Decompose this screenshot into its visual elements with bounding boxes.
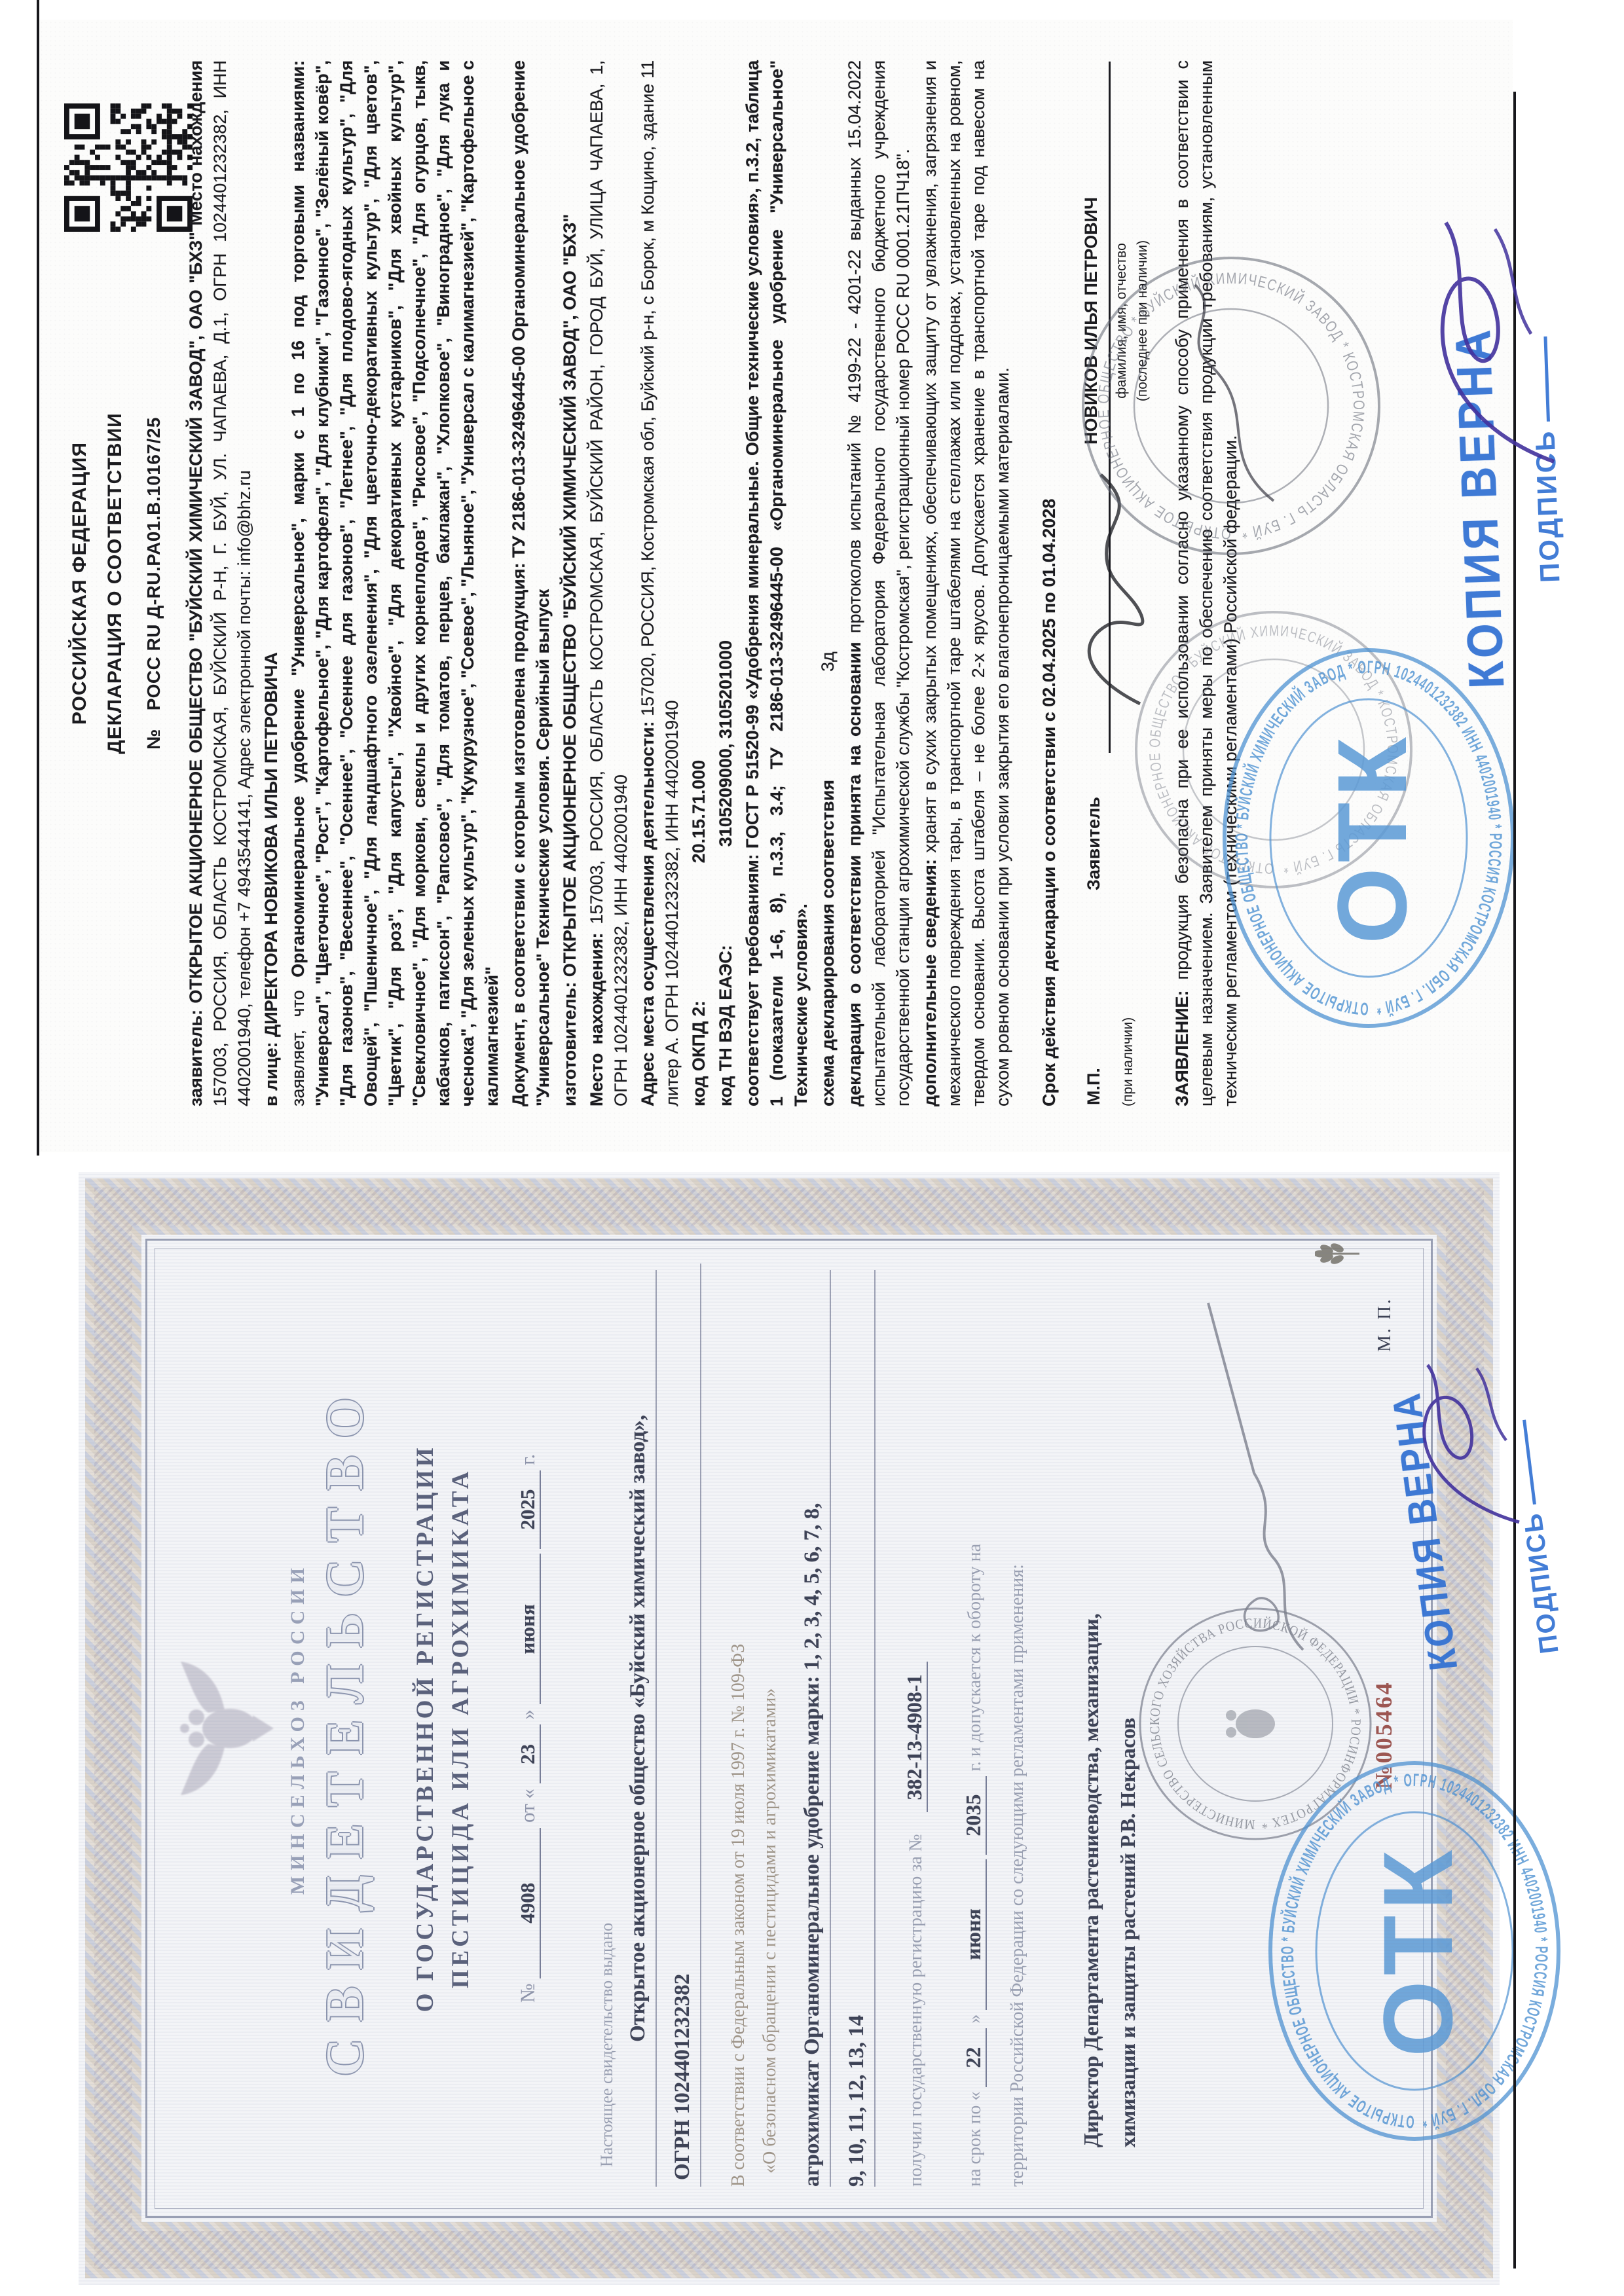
declaration-paragraph: изготовитель: ОТКРЫТОЕ АКЦИОНЕРНОЕ ОБЩЕС…	[558, 60, 582, 1106]
declaration-paragraph: код ТН ВЭД ЕАЭС: 3105209000, 3105201000	[714, 60, 738, 1106]
paragraph-segment: 20.15.71.000	[689, 760, 709, 864]
declaration-document: РОССИЙСКАЯ ФЕДЕРАЦИЯ ДЕКЛАРАЦИЯ О СООТВЕ…	[39, 20, 1513, 1152]
declaration-paragraph: в лице: ДИРЕКТОРА НОВИКОВА ИЛЬИ ПЕТРОВИЧ…	[259, 60, 284, 1106]
declaration-paragraph: заявитель: ОТКРЫТОЕ АКЦИОНЕРНОЕ ОБЩЕСТВО…	[184, 60, 257, 1106]
quote-open: «	[965, 2092, 985, 2101]
paragraph-segment: заявитель:	[186, 1004, 206, 1106]
certifier-signature	[1423, 219, 1580, 481]
declaration-number-value: РОСС RU Д-RU.РА01.В.10167/25	[143, 417, 164, 710]
statement-label: ЗАЯВЛЕНИЕ:	[1172, 990, 1192, 1106]
applicant-name: НОВИКОВ ИЛЬЯ ПЕТРОВИЧ	[1081, 72, 1101, 570]
holder-ogrn: ОГРН 1024401232382	[671, 1264, 701, 2187]
wheat-ornament-icon	[1315, 1236, 1361, 1271]
name-caption-2: (последнее при наличии)	[1135, 72, 1151, 570]
quote-close: »	[516, 1709, 539, 1720]
paragraph-segment: Документ, в соответствии с которым изгот…	[509, 558, 528, 1106]
registration-number: 382-13-4908-1	[902, 1662, 928, 1812]
paragraph-segment: ДИРЕКТОРА НОВИКОВА ИЛЬИ ПЕТРОВИЧА	[261, 652, 281, 1037]
holder-name: Открытое акционерное общество «Буйский х…	[626, 1270, 657, 2187]
agrochemical-line-1: агрохимикат Органоминеральное удобрение …	[800, 1270, 831, 2187]
otk-stamp: ОТКРЫТОЕ АКЦИОНЕРНОЕ ОБЩЕСТВО * БУЙСКИЙ …	[1215, 642, 1522, 1034]
quote-open: «	[516, 1789, 539, 1799]
paragraph-segment: Срок действия декларации о соответствии …	[1039, 499, 1059, 1106]
paragraph-segment: схема декларирования соответствия	[818, 780, 838, 1106]
declaration-paragraph: декларация о соответствии принята на осн…	[843, 60, 915, 1106]
paragraph-segment: Адрес места осуществления деятельности:	[638, 716, 657, 1106]
applicant-role-label: Заявитель	[1084, 797, 1104, 890]
declaration-paragraph: дополнительные сведения: хранят в сухих …	[918, 60, 1015, 1106]
certificate-serial-number: №005464	[1370, 1604, 1397, 1866]
signature-rule	[1109, 62, 1111, 753]
certificate-number-line: № 4908 от « 23 » июня 2025 г.	[516, 1270, 541, 2187]
paragraph-segment: декларация о соответствии принята на осн…	[845, 633, 864, 1106]
declaration-number-label: №	[143, 729, 164, 750]
paragraph-segment: ОТКРЫТОЕ АКЦИОНЕРНОЕ ОБЩЕСТВО "БУЙСКИЙ Х…	[560, 214, 580, 977]
term-line: на срок по « 22 » июня 2035 г. и допуска…	[961, 1270, 987, 2187]
paragraph-segment: соответствует требованиям:	[743, 848, 762, 1106]
stamp-place-label: М.П.	[1084, 1068, 1104, 1105]
paragraph-segment: 157003, РОССИЯ, ОБЛАСТЬ КОСТРОМСКАЯ, БУЙ…	[210, 60, 254, 1106]
declaration-paragraph: код ОКПД 2: 20.15.71.000	[687, 60, 711, 1106]
stamp-place-note: (при наличии)	[1120, 1017, 1136, 1106]
seal-place-label: М. П.	[1374, 1221, 1395, 1352]
paragraph-segment	[689, 863, 709, 1000]
paragraph-segment: изготовитель:	[560, 977, 580, 1106]
number-label: №	[516, 1984, 539, 2003]
territory-line: территории Российской Федерации со следу…	[1007, 1270, 1028, 2187]
term-day: 22	[961, 2028, 987, 2087]
term-label: на срок по	[965, 2105, 985, 2187]
certificate-number: 4908	[516, 1828, 541, 1978]
date-from-label: от	[516, 1804, 539, 1823]
term-year: 2035	[961, 1776, 987, 1855]
scanned-copy-page: РОССИЙСКАЯ ФЕДЕРАЦИЯ ДЕКЛАРАЦИЯ О СООТВЕ…	[0, 0, 1624, 2296]
law-reference-line-2: «О безопасном обращении с пестицидами и …	[760, 1257, 781, 2187]
declaration-paragraph: Адрес места осуществления деятельности: …	[636, 60, 684, 1106]
certificate-subtitle-1: О ГОСУДАРСТВЕННОЙ РЕГИСТРАЦИИ	[411, 1270, 439, 2187]
paragraph-segment	[818, 672, 838, 780]
declaration-statement: ЗАЯВЛЕНИЕ: продукция безопасна при ее ис…	[1170, 60, 1243, 1106]
paragraph-segment: дополнительные сведения:	[920, 853, 940, 1106]
declaration-paragraph: заявляет, что Органоминеральное удобрени…	[286, 60, 504, 1106]
director-line-1: Директор Департамента растениеводства, м…	[1079, 1231, 1103, 2147]
paragraph-segment: код ТН ВЭД ЕАЭС:	[716, 945, 735, 1106]
declaration-paragraph: Документ, в соответствии с которым изгот…	[507, 60, 555, 1106]
declaration-number: №РОСС RU Д-RU.РА01.В.10167/25	[143, 60, 164, 1106]
scan-edge-line-left	[37, 0, 39, 1156]
declaration-paragraph: схема декларирования соответствия 3д	[816, 60, 840, 1106]
declaration-paragraph: Срок действия декларации о соответствии …	[1037, 60, 1061, 1106]
paragraph-segment: заявляет, что	[288, 977, 308, 1106]
certificate-year: 2025	[516, 1470, 541, 1549]
term-suffix: г. и допускается к обороту на	[965, 1544, 985, 1772]
registration-line: получил государственную регистрацию за №…	[902, 1270, 928, 2187]
copy-stamp-declaration: КОПИЯ ВЕРНА ПОДПИСЬ	[1431, 226, 1585, 697]
declaration-paragraph: соответствует требованиям: ГОСТ Р 51520-…	[741, 60, 813, 1106]
svg-text:ОТК: ОТК	[1317, 732, 1427, 944]
term-month: июня	[961, 1859, 987, 2010]
certificate-day: 23	[516, 1724, 541, 1783]
paragraph-segment: Место нахождения:	[587, 924, 606, 1106]
issued-label: Настоящее свидетельство выдано	[597, 1250, 617, 2167]
declaration-paragraph: Место нахождения: 157003, РОССИЯ, ОБЛАСТ…	[585, 60, 633, 1106]
ministry-label: МИНСЕЛЬХОЗ РОССИИ	[287, 1270, 309, 2187]
paragraph-segment: Место нахождения	[186, 60, 206, 226]
director-signature	[1185, 1290, 1362, 1669]
paragraph-segment: ОТКРЫТОЕ АКЦИОНЕРНОЕ ОБЩЕСТВО "БУЙСКИЙ Х…	[186, 226, 206, 1004]
agrochemical-line-2: 9, 10, 11, 12, 13, 14	[845, 1270, 876, 2187]
declaration-country: РОССИЙСКАЯ ФЕДЕРАЦИЯ	[69, 60, 91, 1106]
quote-close: »	[965, 2014, 985, 2024]
declaration-body: заявитель: ОТКРЫТОЕ АКЦИОНЕРНОЕ ОБЩЕСТВО…	[184, 60, 1061, 1106]
paragraph-segment: в лице:	[261, 1037, 281, 1106]
name-caption: фамилия, имя, отчество	[1114, 72, 1130, 570]
svg-text:ОТКРЫТОЕ АКЦИОНЕРНОЕ ОБЩЕСТВО: ОТКРЫТОЕ АКЦИОНЕРНОЕ ОБЩЕСТВО * БУЙСКИЙ …	[1232, 657, 1505, 1019]
paragraph-segment: код ОКПД 2:	[689, 1000, 709, 1106]
statement-text: продукция безопасна при ее использовании…	[1172, 60, 1240, 1106]
certifier-signature	[1408, 1362, 1552, 1532]
declaration-signer-block: М.П. (при наличии) Заявитель НОВИКОВ ИЛЬ…	[1081, 60, 1165, 1106]
law-reference-line-1: В соответствии с Федеральным законом от …	[728, 1270, 749, 2187]
registration-certificate: МИНСЕЛЬХОЗ РОССИИ СВИДЕТЕЛЬСТВО О ГОСУДА…	[79, 1172, 1500, 2285]
certificate-title: СВИДЕТЕЛЬСТВО	[316, 1270, 375, 2187]
certificate-subtitle-2: ПЕСТИЦИДА ИЛИ АГРОХИМИКАТА	[447, 1270, 475, 2187]
paragraph-segment: 3105209000, 3105201000	[716, 640, 735, 847]
paragraph-segment	[716, 847, 735, 945]
certificate-month: июня	[516, 1554, 541, 1704]
year-suffix: г.	[516, 1454, 539, 1465]
paragraph-segment: Органоминеральное удобрение "Универсальн…	[288, 60, 502, 1106]
registration-label: получил государственную регистрацию за №	[906, 1834, 926, 2187]
copy-stamp-certificate: КОПИЯ ВЕРНА ПОДПИСЬ	[1411, 1368, 1588, 1679]
paragraph-segment: 3д	[818, 651, 838, 672]
declaration-title: ДЕКЛАРАЦИЯ О СООТВЕТСТВИИ	[104, 60, 126, 1106]
coat-of-arms-eagle	[162, 1650, 280, 1807]
